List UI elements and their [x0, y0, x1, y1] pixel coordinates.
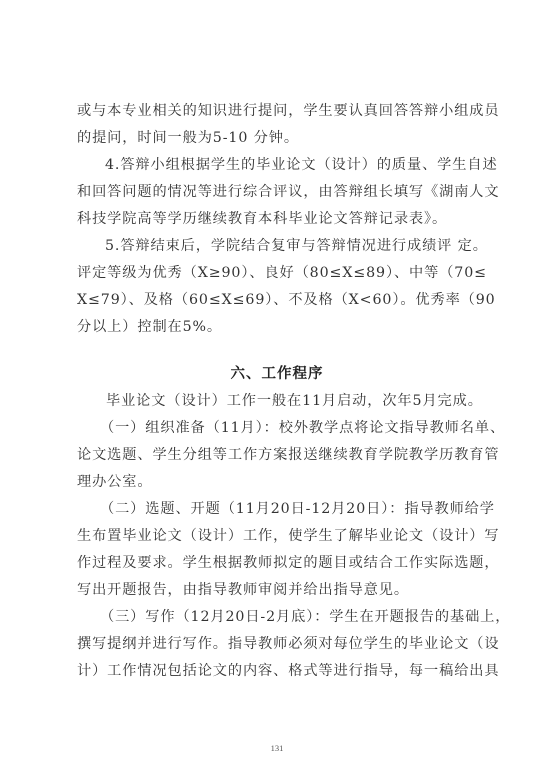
paragraph-line: 或与本专业相关的知识进行提问，学生要认真回答答辩小组成员 — [77, 101, 485, 121]
paragraph-line: 科技学院高等学历继续教育本科毕业论文答辩记录表》。 — [77, 209, 485, 229]
paragraph-line: 评定等级为优秀（X≥90）、良好（80≤X≤89）、中等（70≤ — [77, 263, 485, 283]
paragraph-line: （二）选题、开题（11月20日-12月20日）：指导教师给学 — [100, 499, 480, 519]
paragraph-line: （三）写作（12月20日-2月底）：学生在开题报告的基础上， — [100, 607, 480, 627]
paragraph-line: 论文选题、学生分组等工作方案报送继续教育学院教学历教育管 — [77, 445, 485, 465]
paragraph-line: 分以上）控制在5%。 — [77, 317, 485, 337]
document-page: 或与本专业相关的知识进行提问，学生要认真回答答辩小组成员 的提问，时间一般为5-… — [0, 0, 554, 783]
paragraph-line: 作过程及要求。学生根据教师拟定的题目或结合工作实际选题， — [77, 553, 485, 573]
paragraph-line: 理办公室。 — [77, 472, 485, 492]
paragraph-line: 生布置毕业论文（设计）工作，使学生了解毕业论文（设计）写 — [77, 526, 485, 546]
paragraph-line: 4.答辩小组根据学生的毕业论文（设计）的质量、学生自述 — [105, 155, 485, 175]
paragraph-line: 5.答辩结束后，学院结合复审与答辩情况进行成绩评 定。 — [105, 236, 485, 256]
paragraph-line: X≤79）、及格（60≤X≤69）、不及格（X<60）。优秀率（90 — [77, 290, 485, 310]
section-heading: 六、工作程序 — [0, 364, 554, 384]
paragraph-line: 撰写提纲并进行写作。指导教师必须对每位学生的毕业论文（设 — [77, 634, 485, 654]
page-number: 131 — [0, 743, 554, 753]
paragraph-line: 毕业论文（设计）工作一般在11月启动，次年5月完成。 — [106, 391, 486, 411]
paragraph-line: 的提问，时间一般为5-10 分钟。 — [77, 128, 485, 148]
paragraph-line: 计）工作情况包括论文的内容、格式等进行指导，每一稿给出具 — [77, 661, 485, 681]
paragraph-line: 写出开题报告，由指导教师审阅并给出指导意见。 — [77, 580, 485, 600]
paragraph-line: （一）组织准备（11月）：校外教学点将论文指导教师名单、 — [100, 418, 480, 438]
paragraph-line: 和回答问题的情况等进行综合评议，由答辩组长填写《湖南人文 — [77, 182, 485, 202]
